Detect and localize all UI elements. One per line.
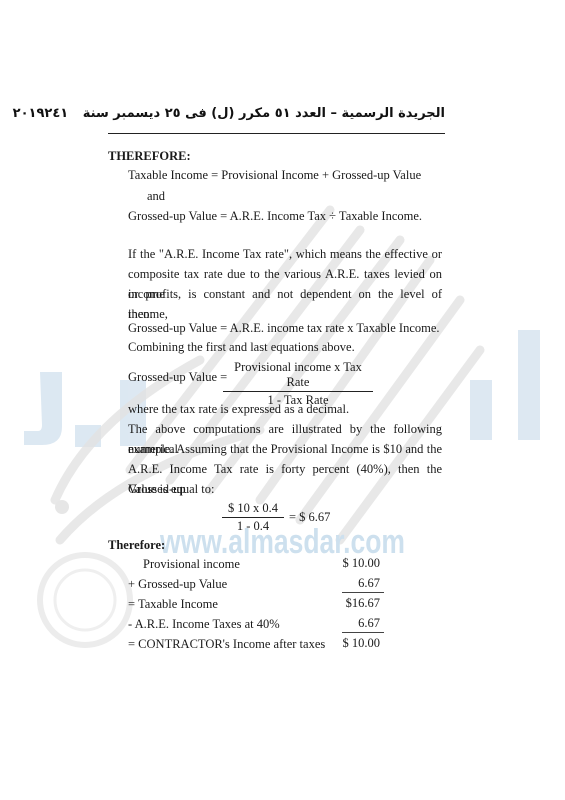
paragraph-line: The above computations are illustrated b… <box>128 419 442 439</box>
table-row-amount: $ 10.00 <box>338 556 380 571</box>
table-row-amount: 6.67 <box>338 576 380 591</box>
paragraph-line: A.R.E. Income Tax rate is forty percent … <box>128 459 442 479</box>
decimal-note: where the tax rate is expressed as a dec… <box>128 401 349 417</box>
header-title: الجريدة الرسمية – العدد ٥١ مكرر (ل) فى ٢… <box>13 106 445 121</box>
table-row-amount: 6.67 <box>338 616 380 631</box>
heading-therefore: THEREFORE: <box>108 148 191 164</box>
fraction-numerator: $ 10 x 0.4 <box>222 501 284 518</box>
paragraph-line: Value is equal to: <box>128 479 442 499</box>
heading-therefore-2: Therefore: <box>108 537 165 553</box>
paragraph-line: example. Assuming that the Provisional I… <box>128 439 442 459</box>
table-row-label: = CONTRACTOR's Income after taxes <box>128 636 325 652</box>
connector-and: and <box>147 188 165 204</box>
paragraph-line: or profits, is constant and not dependen… <box>128 284 442 304</box>
equation-grossed-up-ratio: Grossed-up Value = A.R.E. Income Tax ÷ T… <box>128 208 422 224</box>
paragraph-tax-rate: If the "A.R.E. Income Tax rate", which m… <box>128 244 442 324</box>
table-row-amount: $ 10.00 <box>338 636 380 651</box>
table-row-amount: $16.67 <box>338 596 380 611</box>
equation-lhs: Grossed-up Value = <box>128 369 227 385</box>
fraction-numerator: Provisional income x Tax Rate <box>223 360 373 392</box>
table-row-label: = Taxable Income <box>128 596 218 612</box>
paragraph-line: composite tax rate due to the various A.… <box>128 264 442 284</box>
header-rule <box>108 133 445 134</box>
fraction-denominator: 1 - 0.4 <box>222 518 284 534</box>
page-number: ٢٤١ <box>44 106 68 121</box>
table-row-label: Provisional income <box>143 556 240 572</box>
table-row-label: + Grossed-up Value <box>128 576 227 592</box>
table-row-label: - A.R.E. Income Taxes at 40% <box>128 616 280 632</box>
sum-rule <box>342 632 384 633</box>
paragraph-line: If the "A.R.E. Income Tax rate", which m… <box>128 244 442 264</box>
paragraph-example: The above computations are illustrated b… <box>128 419 442 499</box>
example-result: = $ 6.67 <box>289 509 330 525</box>
equation-taxable-income: Taxable Income = Provisional Income + Gr… <box>128 167 421 183</box>
combining-note: Combining the first and last equations a… <box>128 339 355 355</box>
equation-grossed-up-product: Grossed-up Value = A.R.E. income tax rat… <box>128 320 440 336</box>
gazette-header: الجريدة الرسمية – العدد ٥١ مكرر (ل) فى ٢… <box>108 106 445 121</box>
example-fraction: $ 10 x 0.4 1 - 0.4 <box>222 501 284 534</box>
document-page: الجريدة الرسمية – العدد ٥١ مكرر (ل) فى ٢… <box>0 0 565 800</box>
sum-rule <box>342 592 384 593</box>
